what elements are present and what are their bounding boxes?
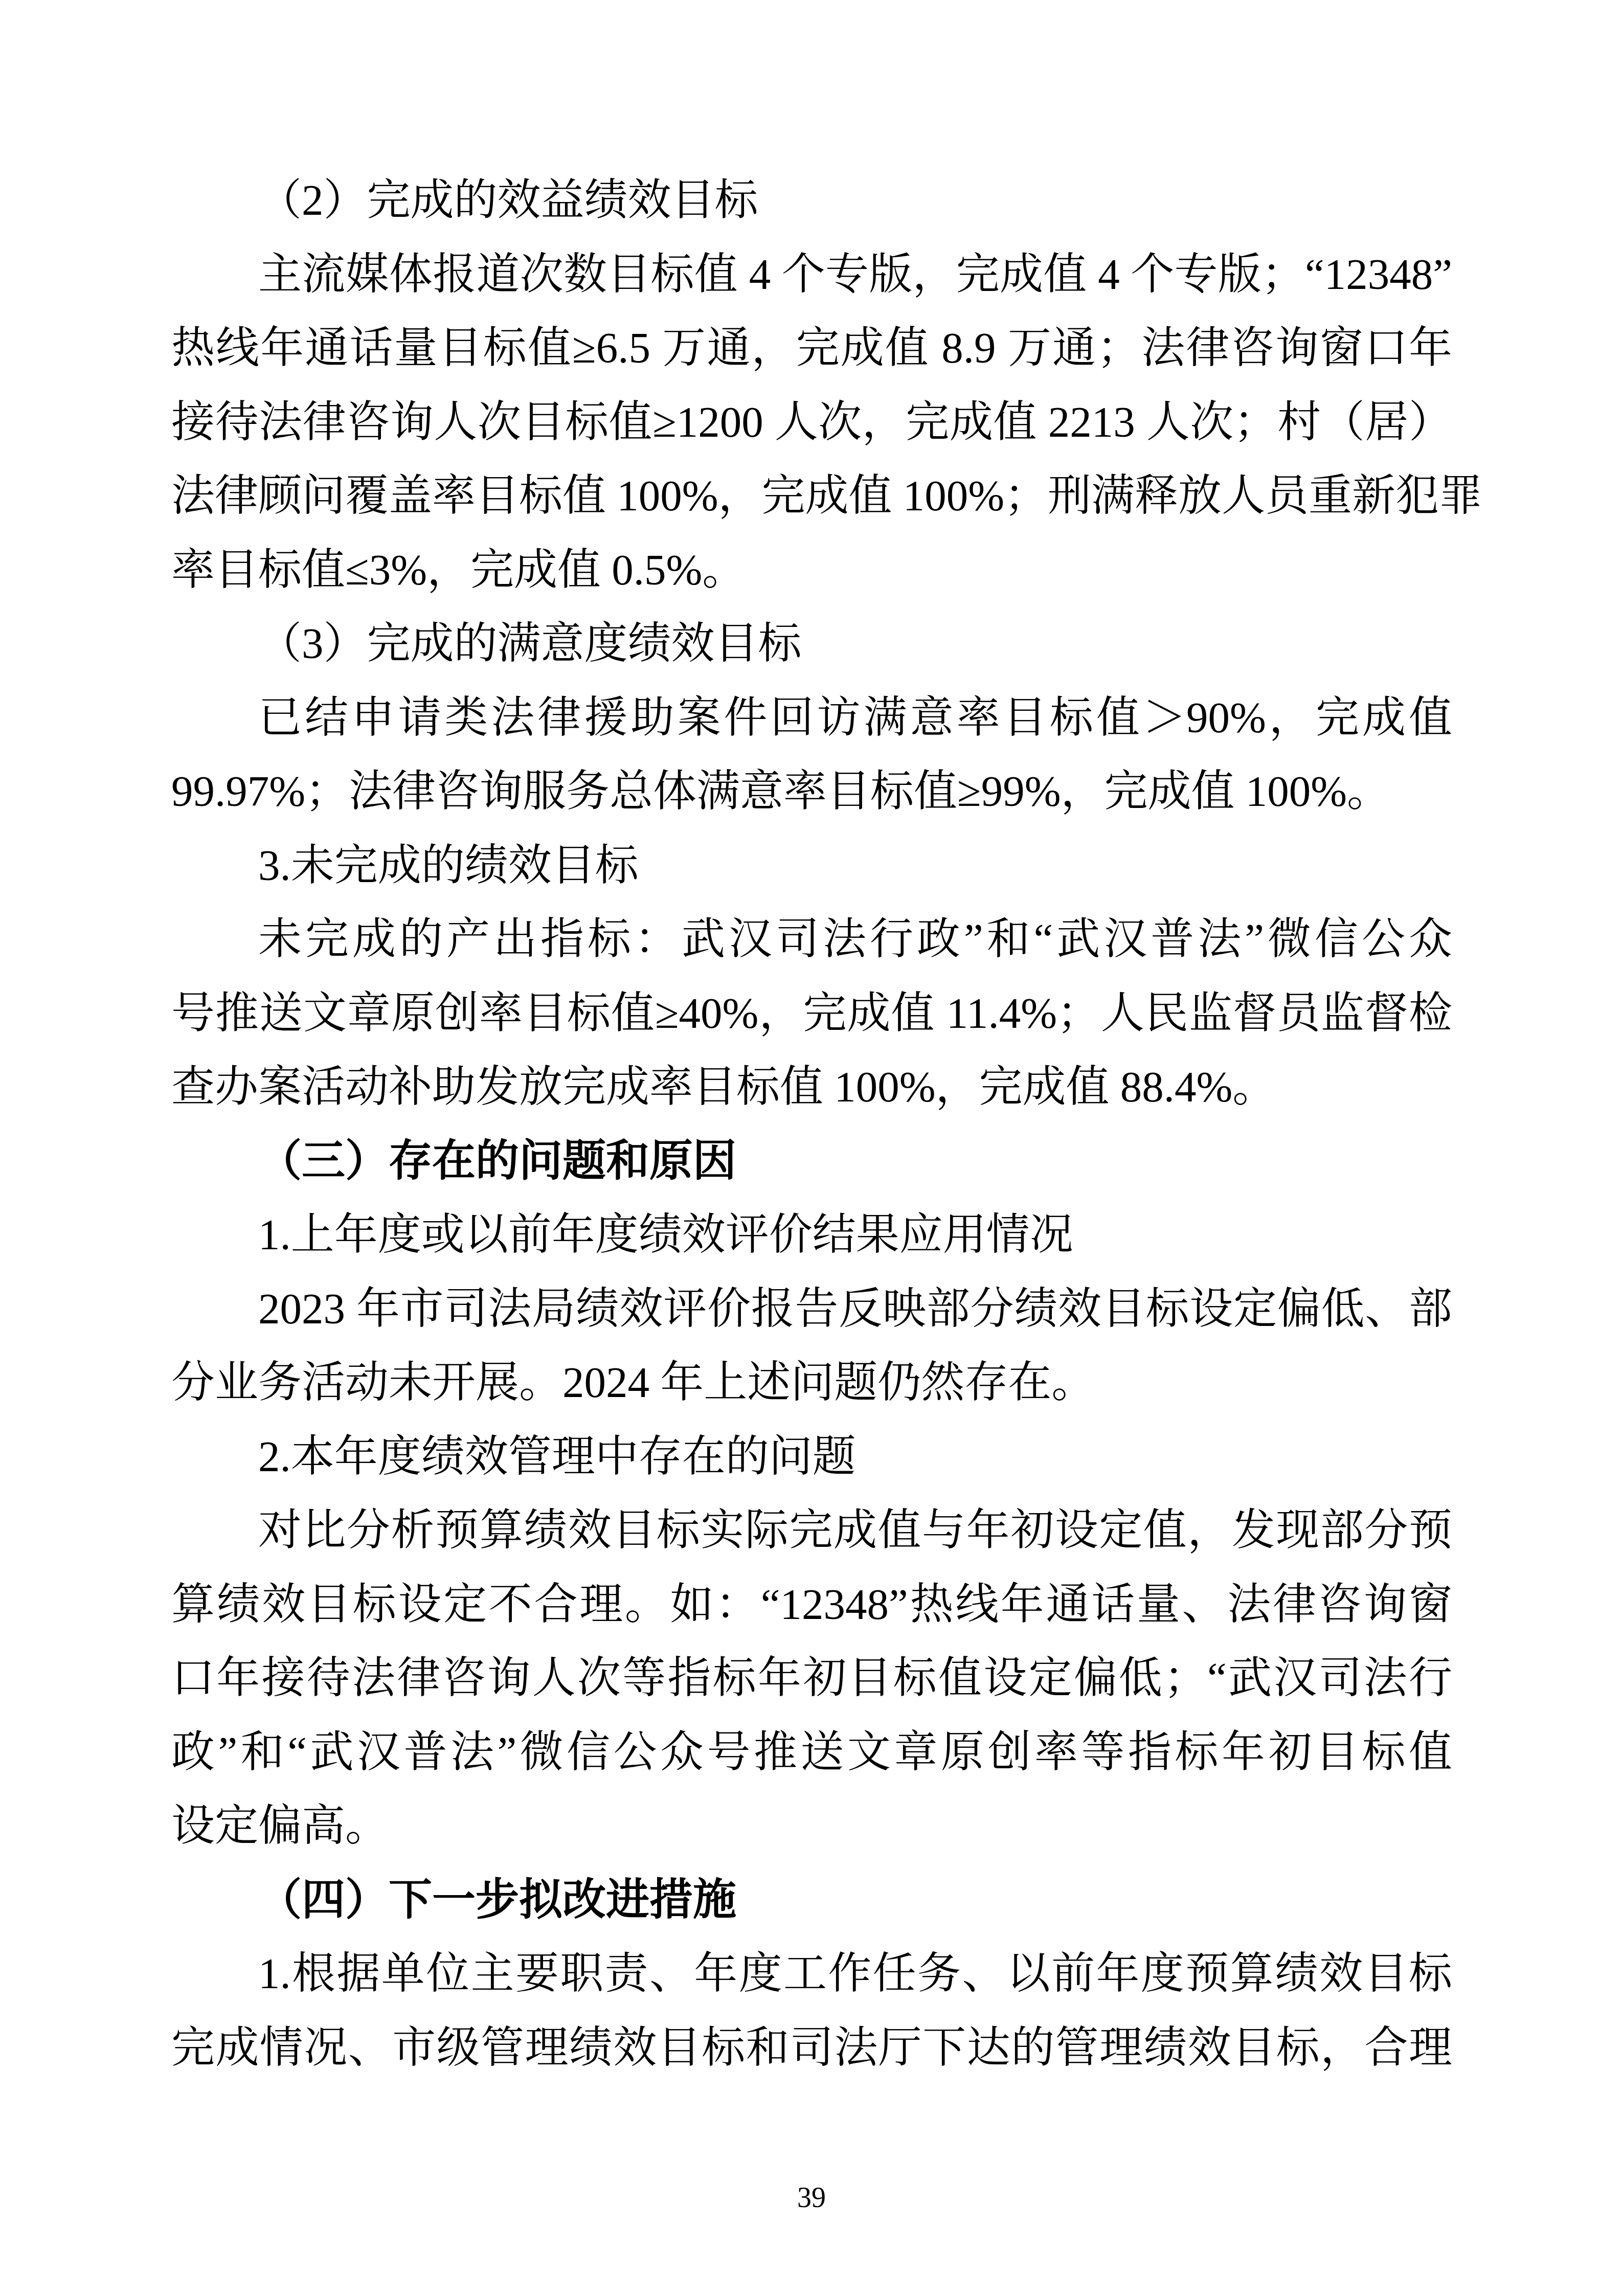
text-line: 热线年通话量目标值≥6.5 万通，完成值 8.9 万通；法律咨询窗口年 [171, 311, 1452, 386]
text-line: 接待法律咨询人次目标值≥1200 人次，完成值 2213 人次；村（居） [171, 386, 1452, 460]
text-line: （三）存在的问题和原因 [171, 1124, 1452, 1199]
text-line: 3.未完成的绩效目标 [171, 829, 1452, 903]
text-line: 率目标值≤3%，完成值 0.5%。 [171, 533, 1452, 607]
text-line: 2023 年市司法局绩效评价报告反映部分绩效目标设定偏低、部 [171, 1272, 1452, 1346]
text-line: （四）下一步拟改进措施 [171, 1863, 1452, 1938]
text-line: 1.根据单位主要职责、年度工作任务、以前年度预算绩效目标 [171, 1937, 1452, 2011]
text-line: 已结申请类法律援助案件回访满意率目标值＞90%，完成值 [171, 681, 1452, 755]
document-body: （2）完成的效益绩效目标主流媒体报道次数目标值 4 个专版，完成值 4 个专版；… [171, 164, 1452, 2085]
text-line: 1.上年度或以前年度绩效评价结果应用情况 [171, 1198, 1452, 1272]
text-line: 查办案活动补助发放完成率目标值 100%，完成值 88.4%。 [171, 1050, 1452, 1124]
text-line: 完成情况、市级管理绩效目标和司法厅下达的管理绩效目标，合理 [171, 2011, 1452, 2085]
text-line: 未完成的产出指标：武汉司法行政”和“武汉普法”微信公众 [171, 903, 1452, 977]
text-line: 号推送文章原创率目标值≥40%，完成值 11.4%；人民监督员监督检 [171, 977, 1452, 1051]
text-line: 算绩效目标设定不合理。如：“12348”热线年通话量、法律咨询窗 [171, 1568, 1452, 1642]
text-line: 政”和“武汉普法”微信公众号推送文章原创率等指标年初目标值 [171, 1716, 1452, 1790]
page-number: 39 [0, 2182, 1623, 2213]
text-line: 口年接待法律咨询人次等指标年初目标值设定偏低；“武汉司法行 [171, 1641, 1452, 1716]
text-line: 分业务活动未开展。2024 年上述问题仍然存在。 [171, 1346, 1452, 1420]
text-line: 对比分析预算绩效目标实际完成值与年初设定值，发现部分预 [171, 1494, 1452, 1568]
text-line: 2.本年度绩效管理中存在的问题 [171, 1420, 1452, 1494]
text-line: （3）完成的满意度绩效目标 [171, 607, 1452, 681]
text-line: 主流媒体报道次数目标值 4 个专版，完成值 4 个专版；“12348” [171, 238, 1452, 312]
text-line: 设定偏高。 [171, 1789, 1452, 1863]
document-page: （2）完成的效益绩效目标主流媒体报道次数目标值 4 个专版，完成值 4 个专版；… [0, 0, 1623, 2296]
text-line: 99.97%；法律咨询服务总体满意率目标值≥99%，完成值 100%。 [171, 755, 1452, 829]
text-line: （2）完成的效益绩效目标 [171, 164, 1452, 238]
text-line: 法律顾问覆盖率目标值 100%，完成值 100%；刑满释放人员重新犯罪 [171, 459, 1452, 533]
